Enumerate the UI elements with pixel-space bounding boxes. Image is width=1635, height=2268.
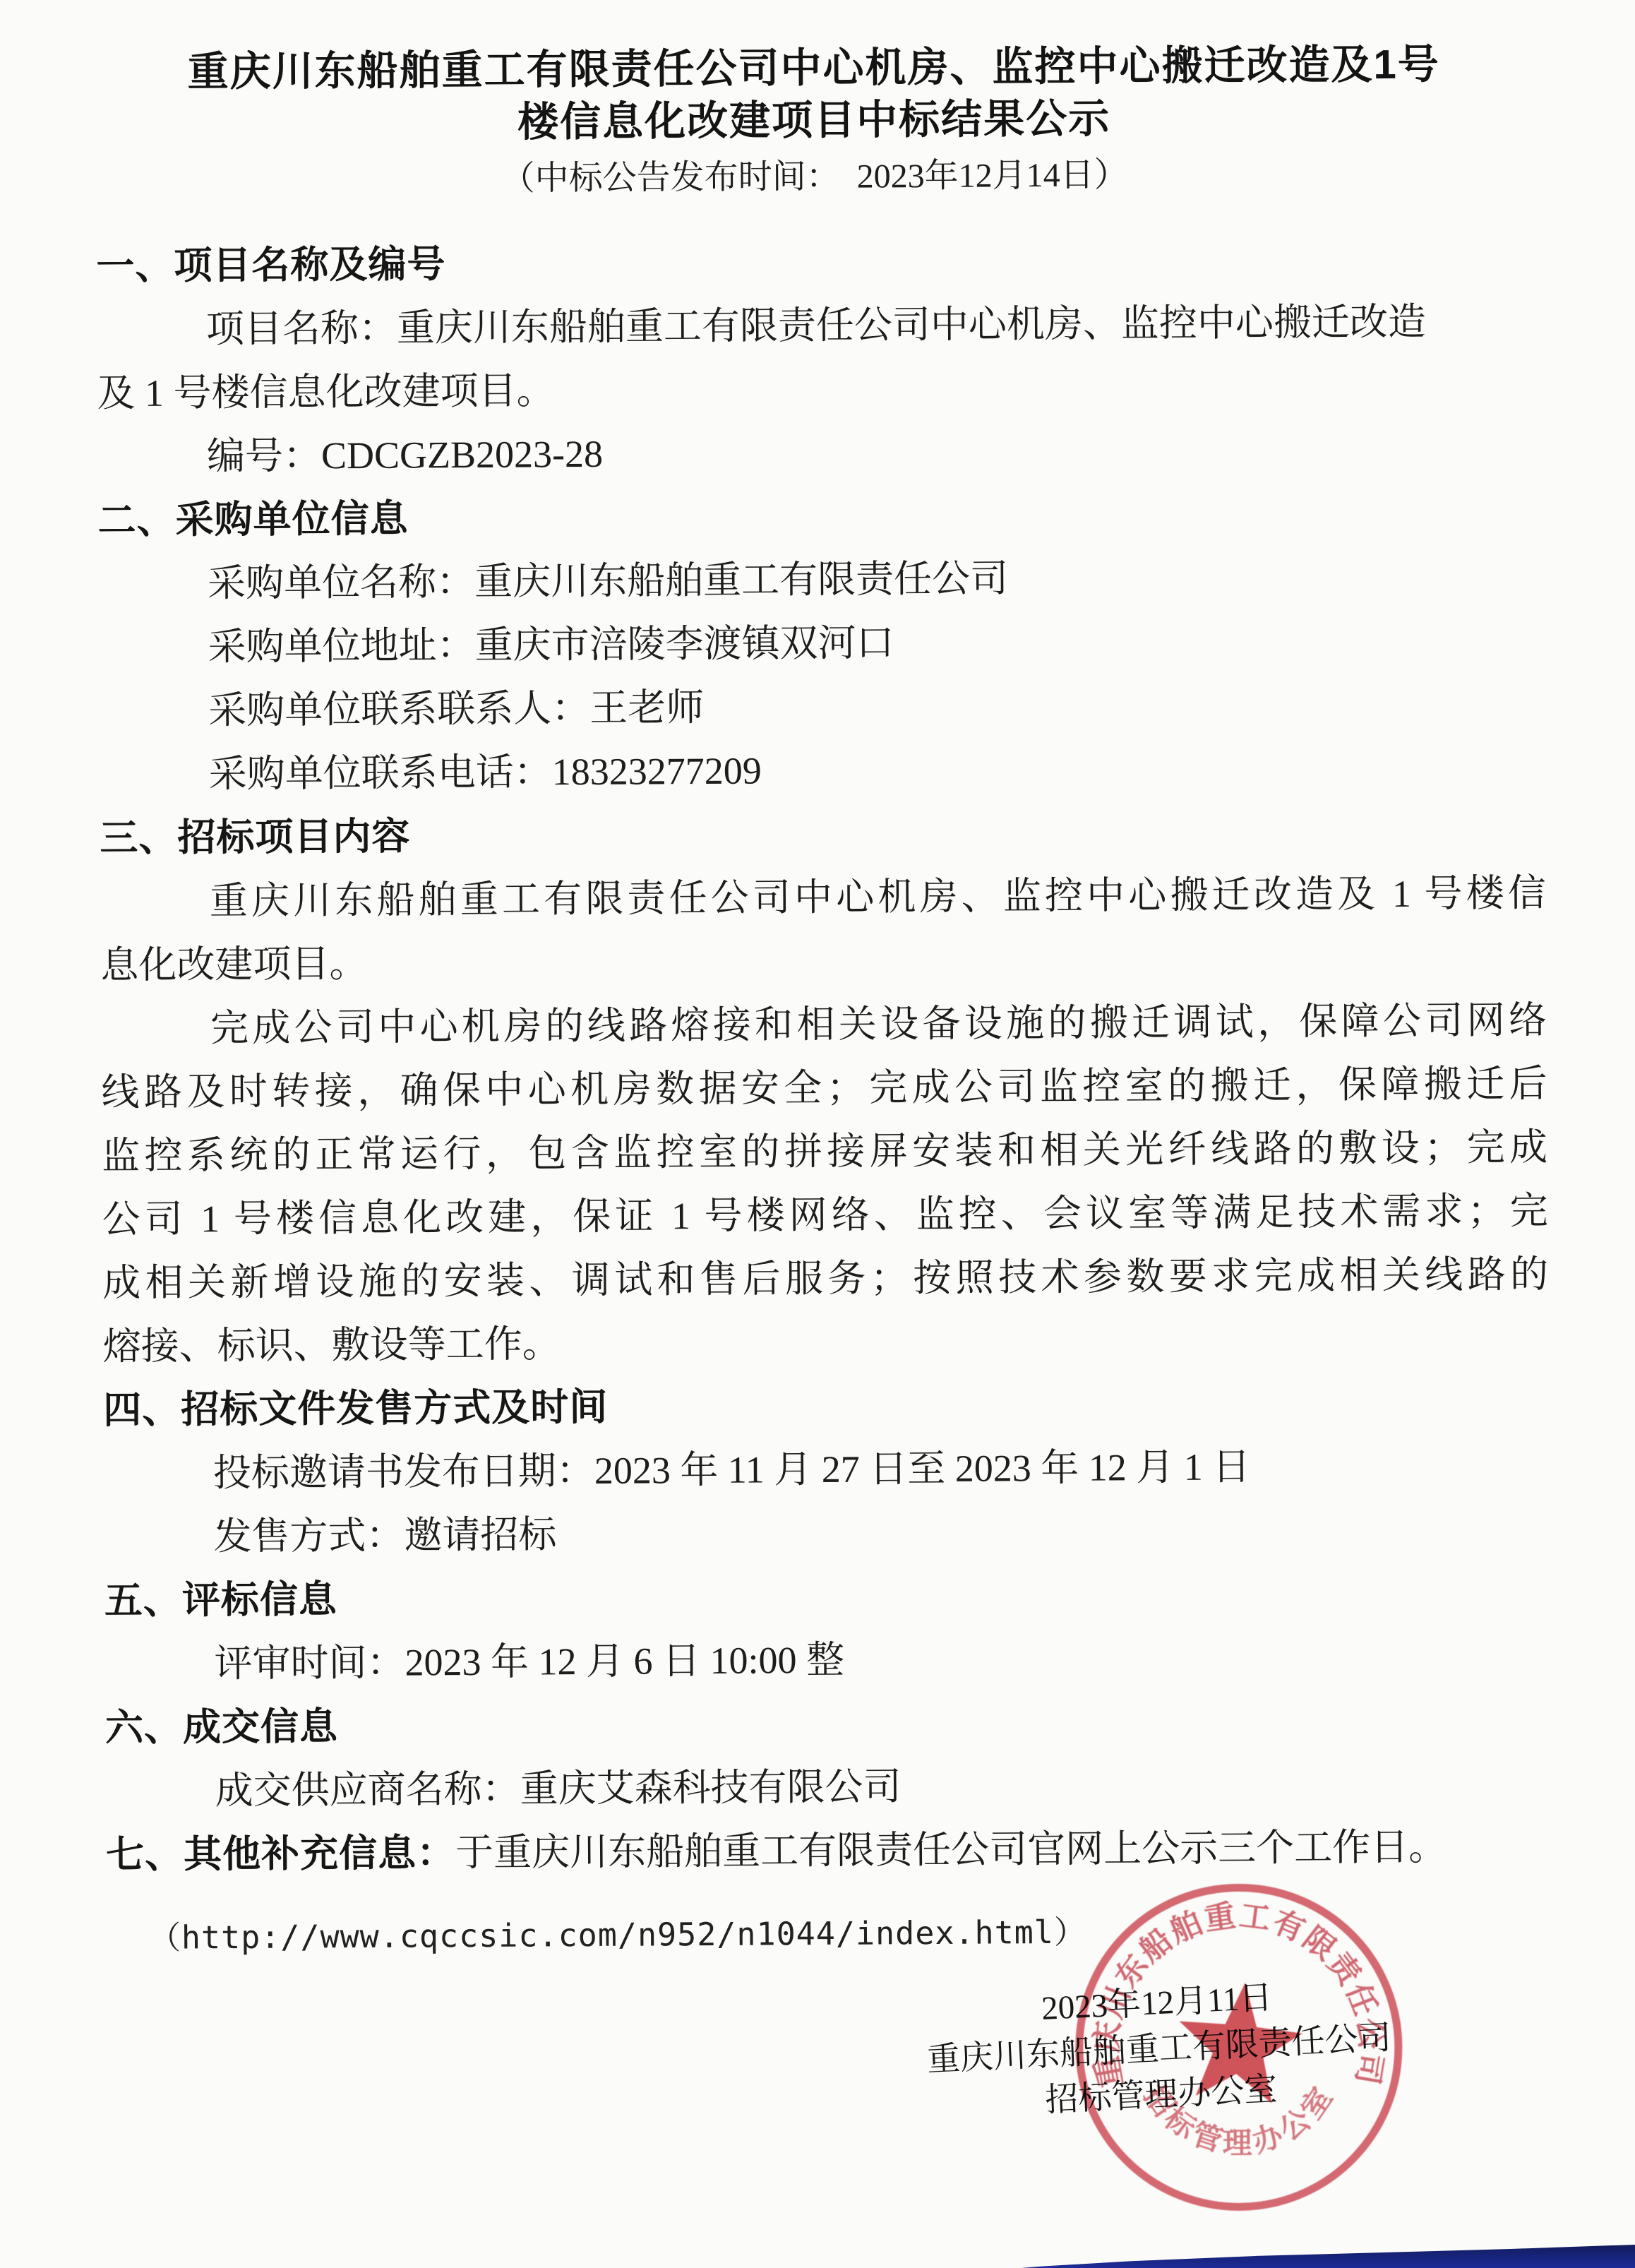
doc-line: 线路及时转接，确保中心机房数据安全；完成公司监控室的搬迁，保障搬迁后 bbox=[101, 1052, 1547, 1125]
doc-line: 及 1 号楼信息化改建项目。 bbox=[97, 353, 1543, 426]
doc-line: 发售方式：邀请招标 bbox=[104, 1497, 1550, 1570]
supplement-label: 七、其他补充信息： bbox=[106, 1832, 455, 1876]
document-body: 一、项目名称及编号 项目名称：重庆川东船舶重工有限责任公司中心机房、监控中心搬迁… bbox=[0, 225, 1635, 1971]
seal-bottom-text: 招标管理办公室 bbox=[1137, 2078, 1341, 2160]
scanned-document-page: 重庆川东船舶重工有限责任公司中心机房、监控中心搬迁改造及1号 楼信息化改建项目中… bbox=[0, 0, 1635, 2268]
section-heading-5: 五、评标信息 bbox=[104, 1560, 1551, 1633]
doc-line: 采购单位名称：重庆川东船舶重工有限责任公司 bbox=[98, 544, 1545, 616]
doc-line: 成交供应商名称：重庆艾森科技有限公司 bbox=[105, 1751, 1552, 1824]
doc-line: 编号：CDCGZB2023-28 bbox=[97, 417, 1544, 489]
section-heading-3: 三、招标项目内容 bbox=[100, 798, 1546, 871]
doc-line: 评审时间：2023 年 12 月 6 日 10:00 整 bbox=[104, 1624, 1551, 1697]
section-heading-1: 一、项目名称及编号 bbox=[96, 226, 1543, 299]
star-icon bbox=[1172, 1976, 1307, 2106]
doc-line: 息化改建项目。 bbox=[100, 925, 1547, 998]
section-heading-2: 二、采购单位信息 bbox=[97, 480, 1544, 553]
doc-line: 监控系统的正常运行，包含监控室的拼接屏安装和相关光纤线路的敷设；完成 bbox=[102, 1116, 1548, 1188]
section-heading-6: 六、成交信息 bbox=[105, 1688, 1552, 1760]
doc-line: 公司 1 号楼信息化改建，保证 1 号楼网络、监控、会议室等满足技术需求；完 bbox=[102, 1179, 1548, 1252]
document-sheet: 重庆川东船舶重工有限责任公司中心机房、监控中心搬迁改造及1号 楼信息化改建项目中… bbox=[0, 0, 1635, 2268]
doc-line: 项目名称：重庆川东船舶重工有限责任公司中心机房、监控中心搬迁改造 bbox=[97, 290, 1543, 362]
document-title: 重庆川东船舶重工有限责任公司中心机房、监控中心搬迁改造及1号 楼信息化改建项目中… bbox=[0, 37, 1632, 204]
doc-line: 投标邀请书发布日期：2023 年 11 月 27 日至 2023 年 12 月 … bbox=[104, 1433, 1550, 1506]
doc-line: 成相关新增设施的安装、调试和售后服务；按照技术参数要求完成相关线路的 bbox=[102, 1243, 1549, 1315]
supplement-text: 于重庆川东船舶重工有限责任公司官网上公示三个工作日。 bbox=[455, 1826, 1447, 1875]
doc-line: 熔接、标识、敷设等工作。 bbox=[102, 1306, 1549, 1379]
doc-line: 采购单位联系电话：18323277209 bbox=[100, 734, 1546, 807]
official-seal: 重庆川东船舶重工有限责任公司 招标管理办公室 bbox=[1063, 1872, 1414, 2223]
doc-line: 重庆川东船舶重工有限责任公司中心机房、监控中心搬迁改造及 1 号楼信 bbox=[100, 861, 1547, 934]
section-heading-4: 四、招标文件发售方式及时间 bbox=[103, 1370, 1550, 1443]
doc-line: 完成公司中心机房的线路熔接和相关设备设施的搬迁调试，保障公司网络 bbox=[101, 989, 1547, 1061]
title-line-1: 重庆川东船舶重工有限责任公司中心机房、监控中心搬迁改造及1号 bbox=[0, 37, 1631, 100]
title-line-2: 楼信息化改建项目中标结果公示 bbox=[0, 90, 1631, 152]
doc-line: 采购单位地址：重庆市涪陵李渡镇双河口 bbox=[98, 607, 1545, 680]
svg-text:招标管理办公室: 招标管理办公室 bbox=[1137, 2078, 1341, 2160]
publish-date-subtitle: （中标公告发布时间： 2023年12月14日） bbox=[0, 150, 1632, 204]
doc-line: 采购单位联系联系人：王老师 bbox=[99, 671, 1545, 744]
